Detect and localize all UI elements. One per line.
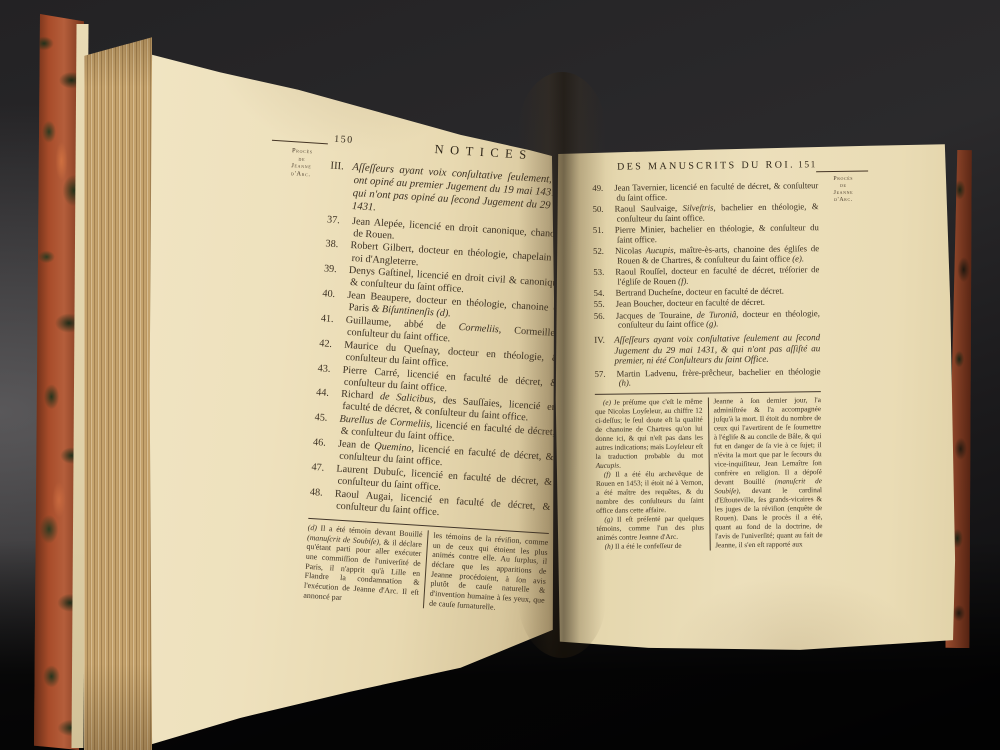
entry-number: 47.	[311, 462, 337, 476]
margin-note-right: Procès de Jeanne d'Arc.	[820, 176, 866, 205]
entry-text: Bertrand Ducheſne, docteur en faculté de…	[616, 286, 784, 298]
entry-number: 43.	[317, 363, 343, 377]
margin-rule-right	[816, 171, 868, 173]
entry-text: Raoul Saulvaige, Silveſtris, bachelier e…	[615, 201, 819, 223]
footnote-columns-left: (d) Il a été témoin devant Bouillé (manu…	[303, 523, 548, 616]
entry-number: 50.	[593, 205, 615, 215]
section-number: III.	[330, 160, 353, 174]
footnote-columns-right: (e) Je préſume que c'eſt le même que Nic…	[595, 396, 823, 552]
right-text-block: 49.Jean Tavernier, licencié en faculté d…	[592, 181, 822, 552]
page-number-left: 150	[334, 134, 354, 146]
footnote-h: (h) Il a été le confeſſeur de	[597, 542, 705, 552]
footnote-rule-right	[595, 391, 821, 395]
entry-number: 46.	[313, 437, 339, 451]
left-text-block: III.Aſſeſſeurs ayant voix conſultative ſ…	[303, 160, 571, 616]
entry-number: 49.	[592, 184, 614, 194]
section-text: Aſſeſſeurs ayant voix conſultative ſeule…	[352, 161, 572, 213]
entry-number: 44.	[316, 387, 342, 401]
running-header-right: DES MANUSCRITS DU ROI.	[586, 159, 826, 173]
entry-text: Raoul Rouſſel, docteur en faculté de déc…	[615, 264, 819, 286]
entry-text: Nicolas Aucupis, maître-ès-arts, chanoin…	[615, 243, 819, 265]
assessor-list-right: 49.Jean Tavernier, licencié en faculté d…	[592, 181, 820, 331]
footnote-column: les témoins de la réviſion, comme un de …	[423, 530, 549, 615]
entry-text: Martin Ladvenu, frère-prêcheur, bachelie…	[617, 366, 821, 388]
entry-number: 54.	[594, 289, 616, 299]
list-item: 54.Bertrand Ducheſne, docteur en faculté…	[594, 286, 820, 298]
section-number: IV.	[594, 335, 614, 346]
entry-number: 51.	[593, 226, 615, 236]
book-photograph: Procès de Jeanne d'Arc. 150 NOTICES III.…	[0, 0, 1000, 750]
page-number-right: 151	[798, 160, 817, 170]
entry-text: Jean Tavernier, licencié en faculté de d…	[614, 180, 818, 202]
list-item: 49.Jean Tavernier, licencié en faculté d…	[592, 181, 818, 203]
entry-number: 39.	[324, 264, 350, 278]
right-page-content: DES MANUSCRITS DU ROI. 151 Procès de Jea…	[586, 159, 872, 162]
footnote-column: (e) Je préſume que c'eſt le même que Nic…	[595, 398, 709, 552]
footnote-e: (e) Je préſume que c'eſt le même que Nic…	[595, 398, 703, 471]
assessor-list-left: 37.Jean Alepée, licencié en droit canoni…	[309, 214, 568, 526]
right-page: DES MANUSCRITS DU ROI. 151 Procès de Jea…	[550, 136, 960, 652]
entry-number: 38.	[325, 239, 351, 253]
entry-number: 53.	[593, 268, 615, 278]
section-heading-iv: IV.Aſſeſſeurs ayant voix conſultative ſe…	[594, 332, 820, 367]
entry-number: 57.	[595, 369, 617, 379]
list-item: 57.Martin Ladvenu, frère-prêcheur, bache…	[595, 367, 821, 389]
entry-number: 37.	[327, 214, 353, 228]
margin-rule-left	[272, 140, 328, 145]
list-item: 53.Raoul Rouſſel, docteur en faculté de …	[593, 265, 819, 287]
entry-number: 52.	[593, 247, 615, 257]
page-edge-stack	[84, 30, 152, 750]
assessor-list-right-2: 57.Martin Ladvenu, frère-prêcheur, bache…	[595, 367, 821, 389]
entry-text: Jean Boucher, docteur en faculté de décr…	[616, 297, 765, 309]
entry-number: 41.	[320, 313, 346, 327]
entry-text: Pierre Minier, bachelier en théologie, &…	[615, 222, 819, 244]
entry-number: 56.	[594, 311, 616, 321]
footnote-column: (d) Il a été témoin devant Bouillé (manu…	[303, 523, 428, 608]
list-item: 50.Raoul Saulvaige, Silveſtris, bachelie…	[593, 202, 819, 224]
entry-number: 48.	[310, 486, 336, 500]
footnote-g: (g) Il eſt préſenté par quelques témoins…	[596, 515, 704, 543]
footnote-f: (f) Il a été élu archevêque de Rouen en …	[596, 470, 704, 516]
list-item: 56.Jacques de Touraine, de Turoniâ, doct…	[594, 309, 820, 331]
entry-number: 42.	[319, 338, 345, 352]
entry-number: 55.	[594, 300, 616, 310]
list-item: 52.Nicolas Aucupis, maître-ès-arts, chan…	[593, 244, 819, 266]
section-text: Aſſeſſeurs ayant voix conſultative ſeule…	[614, 332, 820, 366]
entry-text: Jacques de Touraine, de Turoniâ, docteur…	[616, 308, 820, 330]
list-item: 51.Pierre Minier, bachelier en théologie…	[593, 223, 819, 245]
entry-number: 40.	[322, 288, 348, 302]
margin-note-left: Procès de Jeanne d'Arc.	[276, 146, 328, 179]
footnote-column: Jeanne à ſon dernier jour, l'a adminiſtr…	[707, 396, 822, 550]
entry-number: 45.	[314, 412, 340, 426]
